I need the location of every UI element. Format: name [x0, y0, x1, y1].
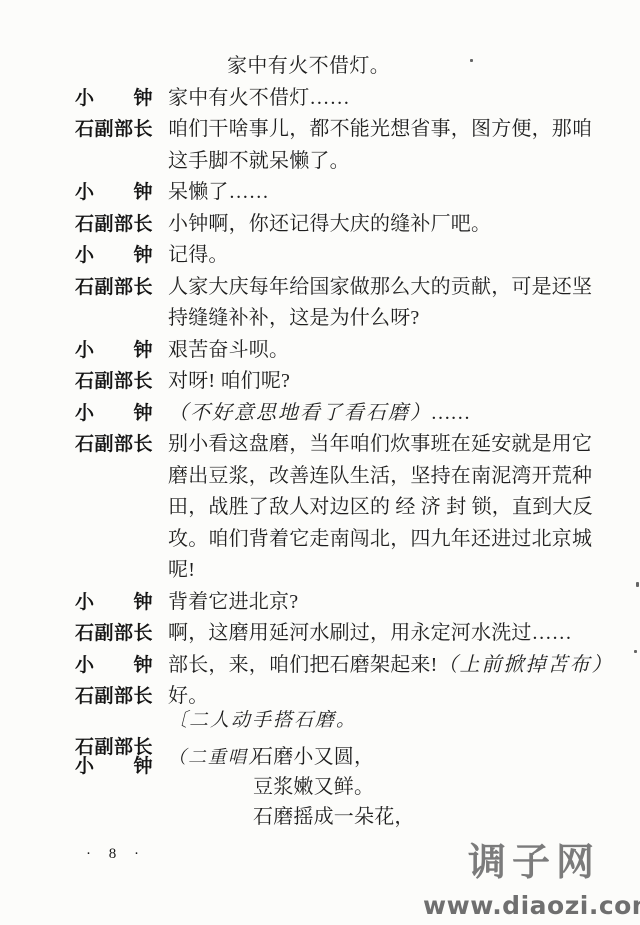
scan-speck	[634, 650, 637, 653]
verse-line: 豆浆嫩又鲜。	[253, 774, 374, 800]
speaker-label: 石副部长	[75, 620, 153, 646]
dialogue-line: 呆懒了……	[168, 179, 269, 205]
page-root: { "page": { "title_line": "家中有火不借灯。", "p…	[0, 0, 640, 925]
speaker-label: 小 钟	[75, 242, 153, 268]
dialogue-text: 部长，来，咱们把石磨架起来!	[168, 654, 437, 676]
dialogue-line: 啊，这磨用延河水刷过，用永定河水洗过……	[168, 620, 572, 646]
dialogue-line: 人家大庆每年给国家做那么大的贡献，可是还坚	[168, 274, 592, 300]
dialogue-line: 持缝缝补补，这是为什么呀?	[168, 305, 419, 331]
speaker-label: 石副部长	[75, 683, 153, 709]
speaker-label: 石副部长	[75, 368, 153, 394]
dialogue-line: 磨出豆浆，改善连队生活，坚持在南泥湾开荒种	[168, 463, 592, 489]
dialogue-line: 好。	[168, 683, 208, 709]
watermark-site-name: 调子网	[468, 840, 600, 884]
dialogue-line: 小钟啊，你还记得大庆的缝补厂吧。	[168, 211, 491, 237]
dialogue-line: 田，战胜了敌人对边区的 经 济 封 锁，直到大反	[168, 494, 593, 520]
verse-line: 石磨摇成一朵花，	[253, 804, 415, 830]
dialogue-line: 艰苦奋斗呗。	[168, 337, 289, 363]
speaker-label: 小 钟	[75, 179, 153, 205]
speaker-label: 石副部长	[75, 211, 153, 237]
dialogue-line: 记得。	[168, 242, 229, 268]
page-number: · 8 ·	[86, 841, 146, 867]
dialogue-line: 这手脚不就呆懒了。	[168, 148, 350, 174]
stage-note-line: （不好意思地看了看石磨）……	[168, 400, 472, 426]
dialogue-line: 背着它进北京?	[168, 589, 298, 615]
dialogue-line: 别小看这盘磨，当年咱们炊事班在延安就是用它	[168, 431, 592, 457]
dialogue-line: 攻。咱们背着它走南闯北，四九年还进过北京城	[168, 526, 592, 552]
speaker-label: 小 钟	[75, 652, 153, 678]
speaker-label: 石副部长	[75, 116, 153, 142]
stage-direction: 〔二人动手搭石磨。	[168, 708, 357, 734]
watermark-site-url: www.diaozi.com	[423, 892, 640, 920]
speaker-label: 小 钟	[75, 400, 153, 426]
carryover-song-line: 家中有火不借灯。	[227, 53, 390, 79]
speaker-label: 石副部长	[75, 431, 153, 457]
verse-line: 石磨小又圆，	[253, 744, 374, 770]
inline-stage-note: （上前掀掉苫布）	[437, 654, 613, 676]
dialogue-line: 对呀! 咱们呢?	[168, 368, 290, 394]
speaker-label: 小 钟	[75, 589, 153, 615]
duet-speaker-bottom: 小 钟	[75, 753, 153, 779]
scan-speck	[636, 582, 639, 587]
speaker-label: 小 钟	[75, 337, 153, 363]
speaker-label: 小 钟	[75, 85, 153, 111]
dialogue-line: 部长，来，咱们把石磨架起来!（上前掀掉苫布）	[168, 652, 613, 678]
dialogue-line: 呢!	[168, 557, 195, 583]
dialogue-line: 家中有火不借灯……	[168, 85, 350, 111]
speaker-label: 石副部长	[75, 274, 153, 300]
scan-speck	[470, 59, 473, 62]
dialogue-line: 咱们干啥事儿，都不能光想省事，图方便，那咱	[168, 116, 592, 142]
